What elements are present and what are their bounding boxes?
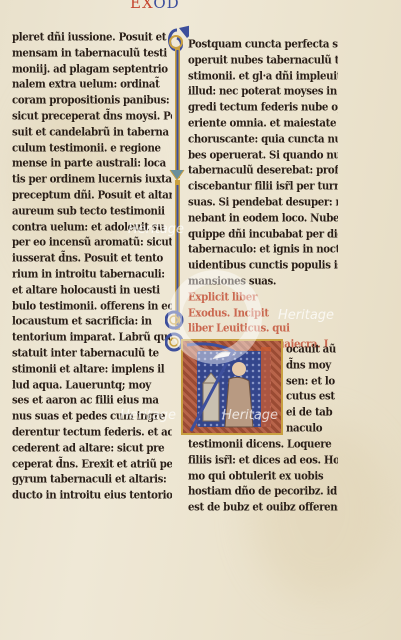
header-blue: OD — [153, 0, 179, 12]
text-line: suas. Si pendebat desuper: ma — [188, 194, 338, 212]
text-line: cederent ad altare: sicut pre — [12, 440, 172, 458]
left-text-column: pleret dñi iussione. Posuit etmensam in… — [12, 30, 172, 504]
text-line: ducto in introitu eius tentorio. — [12, 487, 172, 505]
text-line: et altare holocausti in uesti — [12, 282, 172, 300]
text-line: operuit nubes tabernaculũ te — [188, 52, 338, 70]
right-column-bottom-text: testimonii dicens. Loquerefiliis isr̃l: … — [188, 437, 338, 516]
text-beside-initial: ocauit aũd̃ns moysen: et locutus estei … — [286, 342, 341, 437]
right-column-top-text: Postquam cuncta perfecta sunt:operuit nu… — [188, 37, 338, 290]
watermark-text: Heritage — [278, 308, 334, 323]
text-line: derentur tectum federis. et ac — [12, 424, 172, 442]
text-line: nebant in eodem loco. Nubes — [188, 210, 338, 228]
watermark-text: Heritage — [128, 222, 184, 237]
text-line: est de bubz et ouibz offerens — [188, 499, 338, 517]
watermark-text: Heritage — [120, 408, 176, 423]
text-line: mensam in tabernaculũ testi — [12, 45, 172, 63]
running-header: EXOD — [130, 0, 180, 12]
text-line: rium in introitu tabernaculi: — [12, 266, 172, 284]
text-line: suit et candelabrũ in taberna — [12, 124, 172, 142]
watermark-text: Heritage — [222, 408, 278, 423]
manuscript-page: EXOD pleret dñi iussione. Posuit etmens… — [0, 0, 401, 640]
text-line: d̃ns moy — [286, 357, 341, 375]
text-line: stimonii et altare: implens il — [12, 361, 172, 379]
header-red: EX — [130, 0, 153, 12]
text-line: choruscante: quia cuncta nu — [188, 131, 338, 149]
text-line: statuit inter tabernaculũ te — [12, 345, 172, 363]
text-line: filiis isr̃l: et dices ad eos. Ho — [188, 452, 338, 470]
watermark-logo-icon — [168, 270, 262, 364]
text-line: aureum sub tecto testimonii — [12, 203, 172, 221]
text-line: preceptum dñi. Posuit et altare — [12, 187, 172, 205]
